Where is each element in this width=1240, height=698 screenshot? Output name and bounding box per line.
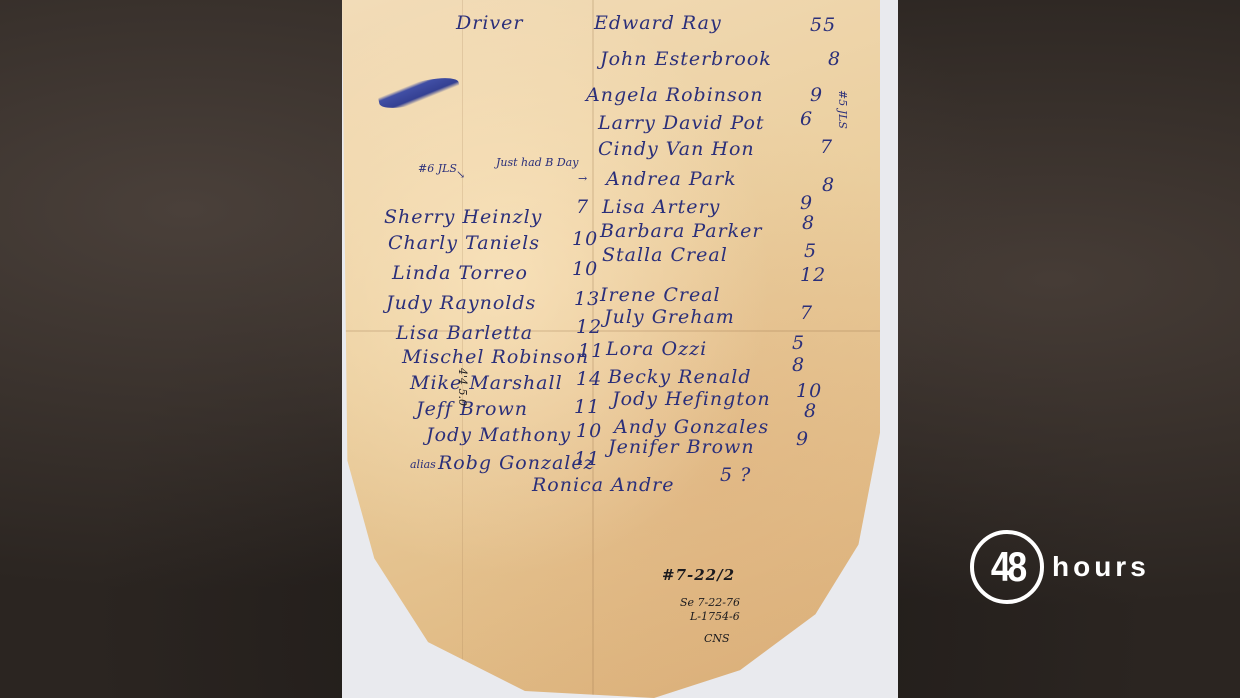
left-list-age: 11 (574, 396, 600, 418)
right-list-name: Becky Renald (608, 366, 752, 388)
driver-name: Edward Ray (594, 12, 722, 34)
left-list-age: 10 (576, 420, 602, 442)
right-list-age: 8 (804, 400, 817, 422)
alias-note: alias (410, 458, 436, 471)
right-list-age: 7 (800, 302, 813, 324)
right-list-name: Angela Robinson (586, 84, 763, 106)
right-list-name: Irene Creal (600, 284, 721, 306)
right-list-age: 8 (822, 174, 835, 196)
driver-value: 55 (810, 14, 836, 36)
left-list-name: Mischel Robinson (402, 346, 589, 368)
right-list-name: Larry David Pot (598, 112, 765, 134)
logo-number: 48 (991, 543, 1024, 591)
evidence-stamp-line: L-1754-6 (690, 610, 740, 623)
left-list-age: 10 (572, 228, 598, 250)
logo-circle: 48 (970, 530, 1044, 604)
right-list-name: Lora Ozzi (606, 338, 707, 360)
left-list-age: 11 (578, 340, 604, 362)
height-note: 4'4 5.0 (456, 368, 469, 406)
left-list-age: 11 (574, 448, 600, 470)
right-list-name: Jody Hefington (612, 388, 771, 410)
left-list-name: Mike Marshall (410, 372, 563, 394)
right-list-age: 7 (820, 136, 833, 158)
left-list-name: Judy Raynolds (386, 292, 536, 314)
right-list-age: 9 (796, 428, 809, 450)
last-list-age: 5 ? (720, 464, 751, 486)
right-list-age: 5 (792, 332, 805, 354)
left-list-age: 7 (576, 196, 589, 218)
evidence-stamp-line: CNS (704, 632, 730, 645)
left-list-name: Charly Taniels (388, 232, 540, 254)
last-list-name: Ronica Andre (532, 474, 675, 496)
arrow-icon: → (578, 172, 587, 185)
right-list-age: 9 (800, 192, 813, 214)
right-list-age: 9 (810, 84, 823, 106)
right-list-age: 8 (802, 212, 815, 234)
right-list-name: Lisa Artery (602, 196, 720, 218)
evidence-number: #7-22/2 (662, 566, 735, 584)
right-list-name: Stalla Creal (602, 244, 728, 266)
right-list-name: Cindy Van Hon (598, 138, 755, 160)
logo-word: hours (1052, 551, 1150, 583)
48-hours-logo: 48 hours (970, 530, 1150, 604)
right-list-age: 10 (796, 380, 822, 402)
arrow-icon: ↘ (456, 168, 465, 181)
left-list-age: 12 (576, 316, 602, 338)
right-list-name: July Greham (604, 306, 735, 328)
left-list-age: 13 (574, 288, 600, 310)
right-list-name: Andy Gonzales (614, 416, 769, 438)
right-list-age: 8 (792, 354, 805, 376)
left-list-name: Robg Gonzalez (438, 452, 595, 474)
left-list-name: Linda Torreo (392, 262, 528, 284)
left-list-name: Lisa Barletta (396, 322, 533, 344)
right-list-name: John Esterbrook (600, 48, 772, 70)
left-list-name: Jeff Brown (416, 398, 528, 420)
right-list-age: 6 (800, 108, 813, 130)
birthday-note: Just had B Day (496, 156, 578, 169)
left-list-name: Sherry Heinzly (384, 206, 542, 228)
right-list-age: 8 (828, 48, 841, 70)
evidence-stamp-line: Se 7-22-76 (680, 596, 740, 609)
right-list-age: 12 (800, 264, 826, 286)
right-list-name: Andrea Park (606, 168, 737, 190)
driver-label: Driver (456, 12, 523, 34)
left-list-age: 14 (576, 368, 602, 390)
right-list-age: 5 (804, 240, 817, 262)
right-list-name: Barbara Parker (600, 220, 763, 242)
margin-mark-left: #6 JLS (418, 162, 457, 175)
left-list-age: 10 (572, 258, 598, 280)
left-list-name: Jody Mathony (426, 424, 571, 446)
right-list-name: Jenifer Brown (608, 436, 755, 458)
margin-mark-right: #5 JLS (836, 90, 849, 129)
